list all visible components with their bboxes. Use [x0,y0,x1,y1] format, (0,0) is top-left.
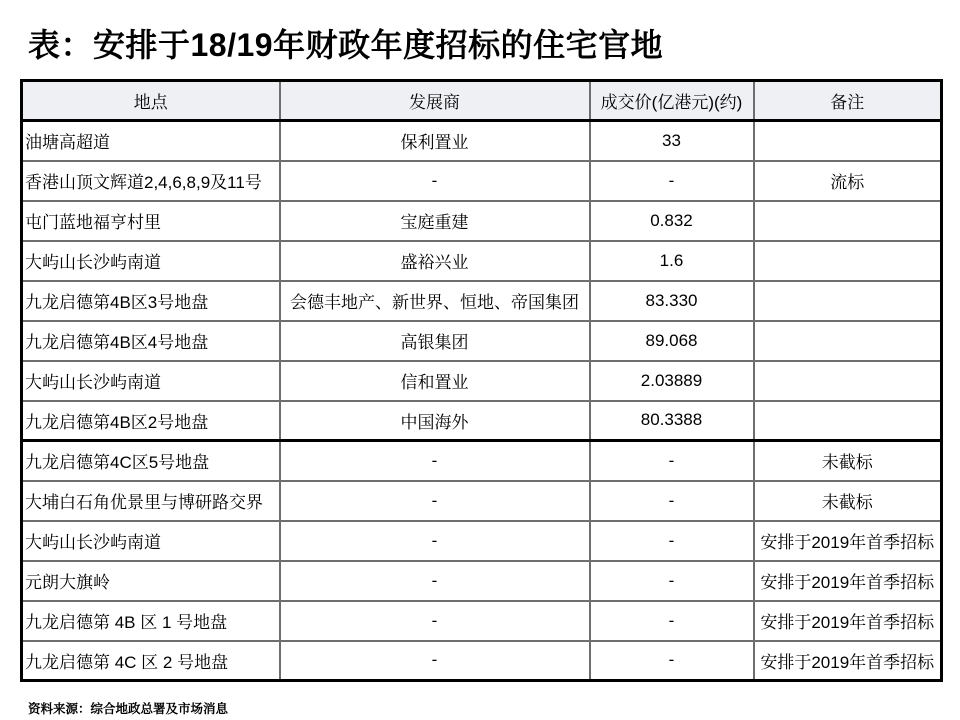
developer-cell: - [280,161,590,201]
price-cell: - [590,561,754,601]
remark-cell: 未截标 [754,481,942,521]
remark-cell [754,281,942,321]
remark-cell: 流标 [754,161,942,201]
table-row: 屯门蓝地福亨村里宝庭重建0.832 [22,201,942,241]
header-remark: 备注 [754,81,942,121]
location-cell: 元朗大旗岭 [22,561,280,601]
location-cell: 大屿山长沙屿南道 [22,361,280,401]
location-cell: 香港山顶文辉道2,4,6,8,9及11号 [22,161,280,201]
location-cell: 屯门蓝地福亨村里 [22,201,280,241]
remark-cell: 安排于2019年首季招标 [754,641,942,681]
remark-cell: 安排于2019年首季招标 [754,601,942,641]
location-cell: 九龙启德第 4C 区 2 号地盘 [22,641,280,681]
developer-cell: 会德丰地产、新世界、恒地、帝国集团 [280,281,590,321]
remark-cell [754,321,942,361]
developer-cell: 保利置业 [280,121,590,161]
price-cell: 0.832 [590,201,754,241]
remark-cell: 安排于2019年首季招标 [754,521,942,561]
price-cell: 1.6 [590,241,754,281]
remark-cell: 未截标 [754,441,942,481]
table-body: 油塘高超道保利置业33香港山顶文辉道2,4,6,8,9及11号--流标屯门蓝地福… [22,121,942,681]
table-row: 大埔白石角优景里与博研路交界--未截标 [22,481,942,521]
table-row: 元朗大旗岭--安排于2019年首季招标 [22,561,942,601]
remark-cell [754,241,942,281]
remark-cell [754,361,942,401]
table-row: 大屿山长沙屿南道--安排于2019年首季招标 [22,521,942,561]
table-row: 九龙启德第4B区2号地盘中国海外80.3388 [22,401,942,441]
price-cell: 80.3388 [590,401,754,441]
price-cell: - [590,521,754,561]
source-note: 资料来源：综合地政总署及市场消息 [28,699,960,717]
price-cell: - [590,441,754,481]
table-row: 九龙启德第 4C 区 2 号地盘--安排于2019年首季招标 [22,641,942,681]
location-cell: 九龙启德第4B区2号地盘 [22,401,280,441]
developer-cell: 高银集团 [280,321,590,361]
page-title: 表：安排于18/19年财政年度招标的住宅官地 [0,0,960,79]
developer-cell: - [280,521,590,561]
header-developer: 发展商 [280,81,590,121]
price-cell: 83.330 [590,281,754,321]
price-cell: - [590,641,754,681]
developer-cell: - [280,561,590,601]
location-cell: 大埔白石角优景里与博研路交界 [22,481,280,521]
developer-cell: 中国海外 [280,401,590,441]
remark-cell [754,401,942,441]
page: 表：安排于18/19年财政年度招标的住宅官地 地点 发展商 成交价(亿港元)(约… [0,0,960,720]
developer-cell: - [280,601,590,641]
table-row: 香港山顶文辉道2,4,6,8,9及11号--流标 [22,161,942,201]
developer-cell: - [280,481,590,521]
developer-cell: 宝庭重建 [280,201,590,241]
table-row: 九龙启德第 4B 区 1 号地盘--安排于2019年首季招标 [22,601,942,641]
location-cell: 大屿山长沙屿南道 [22,241,280,281]
table-row: 大屿山长沙屿南道信和置业2.03889 [22,361,942,401]
developer-cell: 信和置业 [280,361,590,401]
table-row: 油塘高超道保利置业33 [22,121,942,161]
table-row: 九龙启德第4B区3号地盘会德丰地产、新世界、恒地、帝国集团83.330 [22,281,942,321]
location-cell: 油塘高超道 [22,121,280,161]
developer-cell: - [280,441,590,481]
price-cell: - [590,601,754,641]
price-cell: - [590,161,754,201]
location-cell: 九龙启德第 4B 区 1 号地盘 [22,601,280,641]
land-tender-table: 地点 发展商 成交价(亿港元)(约) 备注 油塘高超道保利置业33香港山顶文辉道… [20,79,943,682]
remark-cell: 安排于2019年首季招标 [754,561,942,601]
price-cell: 2.03889 [590,361,754,401]
table-row: 九龙启德第4B区4号地盘高银集团89.068 [22,321,942,361]
price-cell: - [590,481,754,521]
remark-cell [754,121,942,161]
price-cell: 33 [590,121,754,161]
table-header: 地点 发展商 成交价(亿港元)(约) 备注 [22,81,942,121]
table-row: 大屿山长沙屿南道盛裕兴业1.6 [22,241,942,281]
location-cell: 大屿山长沙屿南道 [22,521,280,561]
table-row: 九龙启德第4C区5号地盘--未截标 [22,441,942,481]
header-price: 成交价(亿港元)(约) [590,81,754,121]
location-cell: 九龙启德第4B区4号地盘 [22,321,280,361]
developer-cell: 盛裕兴业 [280,241,590,281]
location-cell: 九龙启德第4C区5号地盘 [22,441,280,481]
developer-cell: - [280,641,590,681]
header-row: 地点 发展商 成交价(亿港元)(约) 备注 [22,81,942,121]
location-cell: 九龙启德第4B区3号地盘 [22,281,280,321]
header-location: 地点 [22,81,280,121]
price-cell: 89.068 [590,321,754,361]
remark-cell [754,201,942,241]
